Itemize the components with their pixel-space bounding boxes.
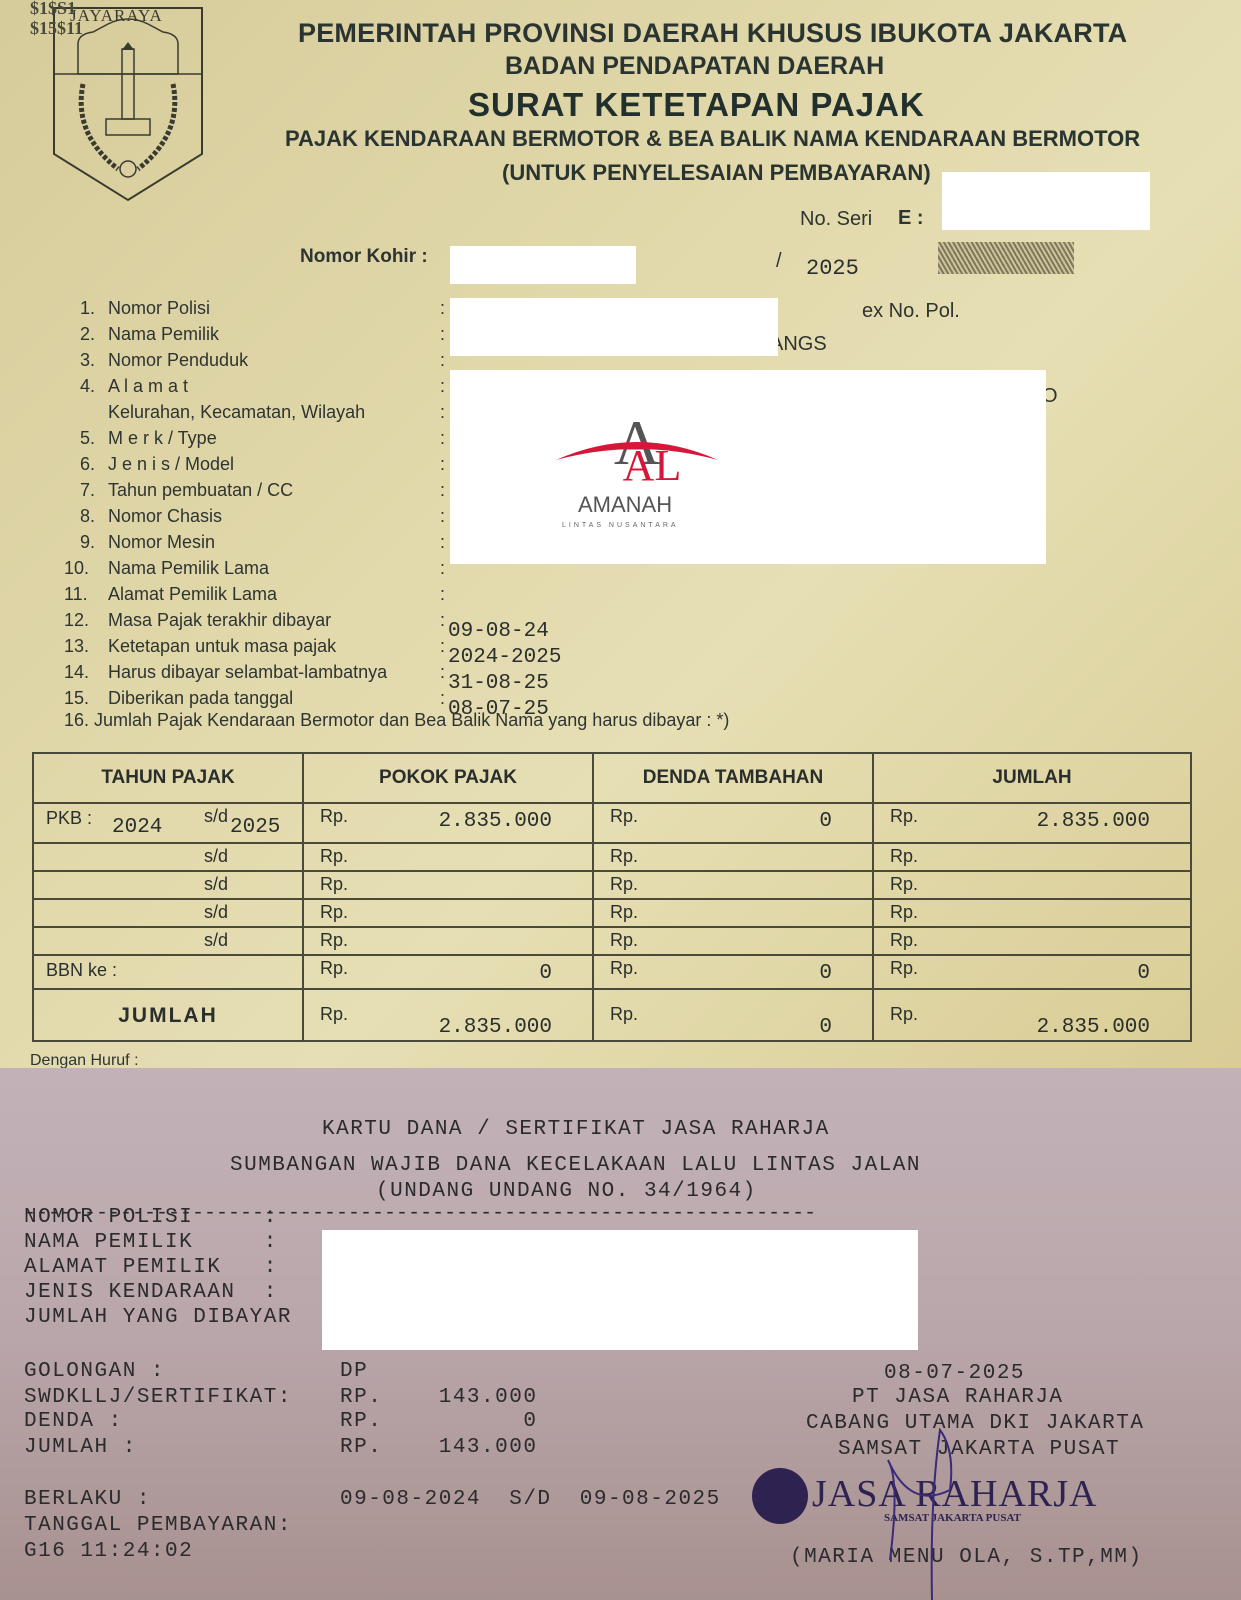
row-prefix: BBN ke : bbox=[46, 960, 117, 981]
amanah-logo-name: AMANAH bbox=[578, 492, 672, 518]
redacted-jr-owner-info bbox=[322, 1230, 918, 1350]
currency-label: Rp. bbox=[890, 806, 918, 827]
document-title: SURAT KETETAPAN PAJAK bbox=[468, 86, 925, 124]
amanah-logo-tagline: LINTAS NUSANTARA bbox=[562, 522, 679, 529]
no-seri-label: No. Seri bbox=[800, 208, 872, 231]
field-value: 2024-2025 bbox=[448, 646, 561, 669]
field-colon: : bbox=[440, 584, 445, 605]
field-number: 4. bbox=[80, 376, 95, 397]
jr-jumlah-label: JUMLAH : bbox=[24, 1436, 137, 1459]
field-colon: : bbox=[440, 636, 445, 657]
row-denda: 0 bbox=[819, 962, 832, 985]
header-line1: PEMERINTAH PROVINSI DAERAH KHUSUS IBUKOT… bbox=[298, 18, 1127, 49]
field-label: A l a m a t bbox=[108, 376, 188, 397]
field-number: 12. bbox=[64, 610, 89, 631]
tax-row: s/d Rp. Rp. Rp. bbox=[33, 843, 1191, 871]
row-pokok: 0 bbox=[539, 962, 552, 985]
tax-row: BBN ke : Rp. 0Rp. 0Rp. 0 bbox=[33, 955, 1191, 989]
tax-row: PKB : 2024 s/d 2025Rp. 2.835.000Rp. 0Rp.… bbox=[33, 803, 1191, 843]
tax-table: TAHUN PAJAK POKOK PAJAK DENDA TAMBAHAN J… bbox=[32, 752, 1192, 1042]
field-colon: : bbox=[440, 506, 445, 527]
tax-row: s/d Rp. Rp. Rp. bbox=[33, 899, 1191, 927]
row-sd: s/d bbox=[204, 902, 228, 923]
field-number: 6. bbox=[80, 454, 95, 475]
row-sd: s/d bbox=[204, 806, 228, 827]
field-label: Masa Pajak terakhir dibayar bbox=[108, 610, 331, 631]
partial-angs: ANGS bbox=[770, 333, 827, 356]
jr-tgl-bayar-label: TANGGAL PEMBAYARAN: bbox=[24, 1514, 292, 1537]
row-pokok: 2.835.000 bbox=[439, 810, 552, 833]
row-to: 2025 bbox=[230, 816, 280, 839]
row-jumlah: 2.835.000 bbox=[1037, 810, 1150, 833]
jr-swdkllj: RP. 143.000 bbox=[340, 1386, 537, 1409]
jr-field-label: NOMOR POLISI : bbox=[24, 1206, 278, 1229]
currency-label: Rp. bbox=[610, 846, 638, 867]
kohir-year: 2025 bbox=[806, 256, 859, 281]
field-value: 09-08-24 bbox=[448, 620, 549, 643]
kohir-slash: / bbox=[776, 250, 782, 273]
row-sd: s/d bbox=[204, 874, 228, 895]
currency-label: Rp. bbox=[610, 930, 638, 951]
currency-label: Rp. bbox=[890, 1004, 918, 1025]
field-colon: : bbox=[440, 298, 445, 319]
field-label: Nomor Chasis bbox=[108, 506, 222, 527]
field-label: M e r k / Type bbox=[108, 428, 217, 449]
tax-total-row: JUMLAHRp. 2.835.000Rp. 0Rp. 2.835.000 bbox=[33, 989, 1191, 1041]
jr-subtitle: SUMBANGAN WAJIB DANA KECELAKAAN LALU LIN… bbox=[230, 1154, 921, 1177]
total-denda: 0 bbox=[819, 1016, 832, 1039]
currency-label: Rp. bbox=[320, 846, 348, 867]
field-number: 13. bbox=[64, 636, 89, 657]
ex-no-pol-label: ex No. Pol. bbox=[862, 300, 960, 323]
field-label: Nomor Polisi bbox=[108, 298, 210, 319]
field-colon: : bbox=[440, 688, 445, 709]
row-jumlah: 0 bbox=[1137, 962, 1150, 985]
currency-label: Rp. bbox=[320, 930, 348, 951]
field-number: 10. bbox=[64, 558, 89, 579]
row-sd: s/d bbox=[204, 846, 228, 867]
currency-label: Rp. bbox=[610, 806, 638, 827]
field-label: Diberikan pada tanggal bbox=[108, 688, 293, 709]
jr-law: (UNDANG UNDANG NO. 34/1964) bbox=[376, 1180, 757, 1203]
jr-denda-label: DENDA : bbox=[24, 1410, 123, 1433]
currency-label: Rp. bbox=[890, 902, 918, 923]
field-number: 15. bbox=[64, 688, 89, 709]
field-label: Nomor Penduduk bbox=[108, 350, 248, 371]
col-jumlah: JUMLAH bbox=[873, 753, 1191, 803]
jr-berlaku-label: BERLAKU : bbox=[24, 1488, 151, 1511]
currency-label: Rp. bbox=[890, 930, 918, 951]
field-label: J e n i s / Model bbox=[108, 454, 234, 475]
total-jumlah: 2.835.000 bbox=[1037, 1016, 1150, 1039]
col-tahun-pajak: TAHUN PAJAK bbox=[33, 753, 303, 803]
field-number: 9. bbox=[80, 532, 95, 553]
signature-icon bbox=[870, 1420, 980, 1600]
no-seri-prefix: E : bbox=[898, 207, 924, 230]
currency-label: Rp. bbox=[320, 874, 348, 895]
redacted-no-seri bbox=[942, 172, 1150, 230]
field-colon: : bbox=[440, 350, 445, 371]
col-denda-tambahan: DENDA TAMBAHAN bbox=[593, 753, 873, 803]
jr-jumlah: RP. 143.000 bbox=[340, 1436, 537, 1459]
field-colon: : bbox=[440, 662, 445, 683]
field-label: Ketetapan untuk masa pajak bbox=[108, 636, 336, 657]
col-pokok-pajak: POKOK PAJAK bbox=[303, 753, 593, 803]
svg-text:AL: AL bbox=[623, 441, 682, 490]
jr-company: PT JASA RAHARJA bbox=[852, 1386, 1064, 1409]
jr-issue-date: 08-07-2025 bbox=[884, 1362, 1025, 1385]
field-label: Nama Pemilik Lama bbox=[108, 558, 269, 579]
currency-label: Rp. bbox=[610, 1004, 638, 1025]
currency-label: Rp. bbox=[890, 958, 918, 979]
field-label: Alamat Pemilik Lama bbox=[108, 584, 277, 605]
jr-golongan: DP bbox=[340, 1360, 368, 1383]
field-label: Harus dibayar selambat-lambatnya bbox=[108, 662, 387, 683]
row-sd: s/d bbox=[204, 930, 228, 951]
document-subtitle2: (UNTUK PENYELESAIAN PEMBAYARAN) bbox=[502, 160, 931, 186]
field-label: Nomor Mesin bbox=[108, 532, 215, 553]
currency-label: Rp. bbox=[610, 958, 638, 979]
field-value: 31-08-25 bbox=[448, 672, 549, 695]
total-label: JUMLAH bbox=[48, 990, 288, 1028]
field-number: 8. bbox=[80, 506, 95, 527]
jr-field-label: ALAMAT PEMILIK : bbox=[24, 1256, 278, 1279]
tax-row: s/d Rp. Rp. Rp. bbox=[33, 871, 1191, 899]
field-colon: : bbox=[440, 558, 445, 579]
currency-label: Rp. bbox=[890, 874, 918, 895]
field-label: Tahun pembuatan / CC bbox=[108, 480, 293, 501]
tax-row: s/d Rp. Rp. Rp. bbox=[33, 927, 1191, 955]
field-number: 14. bbox=[64, 662, 89, 683]
field-label: Nama Pemilik bbox=[108, 324, 219, 345]
total-pokok: 2.835.000 bbox=[439, 1016, 552, 1039]
field-colon: : bbox=[440, 610, 445, 631]
amanah-logo-icon: A AL bbox=[552, 404, 722, 494]
field-colon: : bbox=[440, 402, 445, 423]
field-colon: : bbox=[440, 324, 445, 345]
field-label: Kelurahan, Kecamatan, Wilayah bbox=[108, 402, 365, 423]
field-number: 7. bbox=[80, 480, 95, 501]
jr-title: KARTU DANA / SERTIFIKAT JASA RAHARJA bbox=[322, 1118, 830, 1141]
jasa-raharja-stamp-icon bbox=[752, 1468, 808, 1524]
jr-time: G16 11:24:02 bbox=[24, 1540, 193, 1563]
field-number: 2. bbox=[80, 324, 95, 345]
currency-label: Rp. bbox=[320, 806, 348, 827]
currency-label: Rp. bbox=[320, 902, 348, 923]
nomor-kohir-label: Nomor Kohir : bbox=[300, 246, 428, 268]
field-number: 3. bbox=[80, 350, 95, 371]
field-colon: : bbox=[440, 428, 445, 449]
field-colon: : bbox=[440, 454, 445, 475]
currency-label: Rp. bbox=[320, 1004, 348, 1025]
jr-field-label: JUMLAH YANG DIBAYAR bbox=[24, 1306, 292, 1329]
emblem-motto: JAYARAYA bbox=[70, 6, 163, 26]
currency-label: Rp. bbox=[320, 958, 348, 979]
field-number: 5. bbox=[80, 428, 95, 449]
document-subtitle: PAJAK KENDARAAN BERMOTOR & BEA BALIK NAM… bbox=[285, 126, 1140, 152]
jr-swdkllj-label: SWDKLLJ/SERTIFIKAT: bbox=[24, 1386, 292, 1409]
header-line2: BADAN PENDAPATAN DAERAH bbox=[505, 52, 884, 81]
security-hatch bbox=[938, 242, 1074, 274]
row-denda: 0 bbox=[819, 810, 832, 833]
jr-field-label: NAMA PEMILIK : bbox=[24, 1231, 278, 1254]
row-prefix: PKB : bbox=[46, 808, 92, 829]
jr-berlaku: 09-08-2024 S/D 09-08-2025 bbox=[340, 1488, 721, 1511]
redacted-nomor-kohir bbox=[450, 246, 636, 284]
redacted-owner bbox=[450, 298, 778, 356]
row-from: 2024 bbox=[112, 816, 162, 839]
jr-golongan-label: GOLONGAN : bbox=[24, 1360, 165, 1383]
field-number: 11. bbox=[64, 584, 88, 605]
currency-label: Rp. bbox=[610, 874, 638, 895]
currency-label: Rp. bbox=[610, 902, 638, 923]
redacted-vehicle-info: A AL AMANAH LINTAS NUSANTARA bbox=[450, 370, 1046, 564]
currency-label: Rp. bbox=[890, 846, 918, 867]
jr-denda: RP. 0 bbox=[340, 1410, 537, 1433]
field-number: 1. bbox=[80, 298, 95, 319]
jr-field-label: JENIS KENDARAAN : bbox=[24, 1281, 278, 1304]
field-colon: : bbox=[440, 480, 445, 501]
item-16: 16. Jumlah Pajak Kendaraan Bermotor dan … bbox=[64, 710, 729, 731]
field-colon: : bbox=[440, 376, 445, 397]
field-colon: : bbox=[440, 532, 445, 553]
